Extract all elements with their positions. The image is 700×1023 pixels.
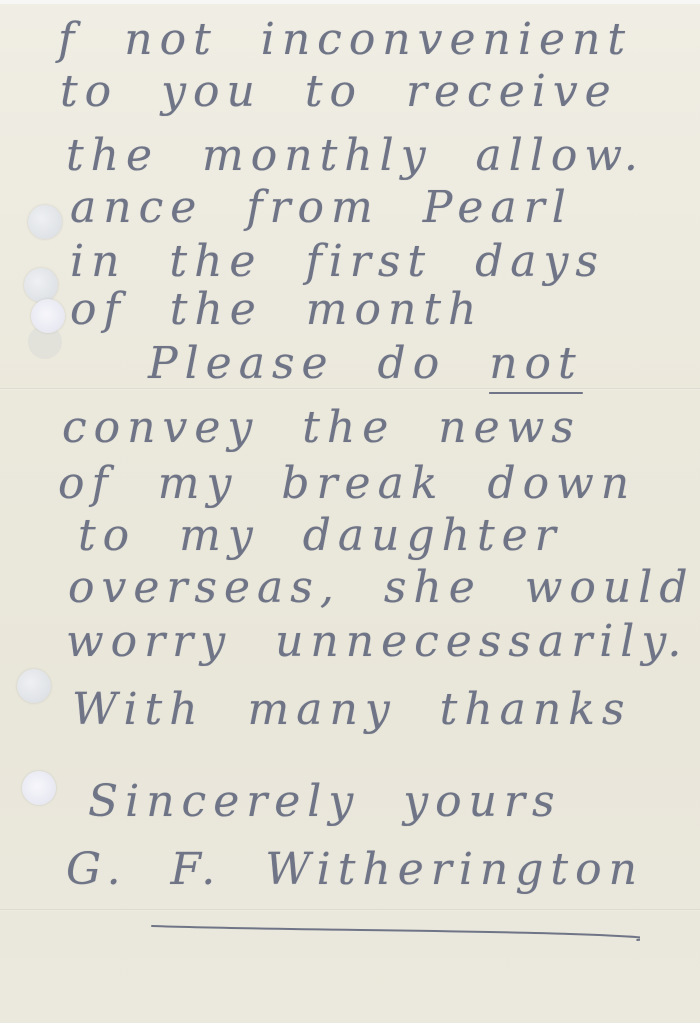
paper-fold-line [0, 909, 700, 911]
punch-hole [17, 669, 51, 703]
valediction: Sincerely yours [88, 780, 562, 824]
letter-text: Please do [148, 338, 489, 389]
punch-hole [22, 771, 56, 805]
signature: G. F. Witherington [66, 848, 644, 892]
letter-line: ance from Pearl [70, 186, 573, 230]
letter-line: worry unnecessarily. [66, 620, 688, 664]
letter-line: Please do not [148, 342, 583, 386]
underlined-word: not [489, 338, 583, 389]
letter-line: of the month [70, 288, 483, 332]
letter-line: in the first days [70, 240, 605, 284]
letter-line: to you to receive [60, 70, 618, 114]
letter-line: to my daughter [78, 514, 563, 558]
letter-line: f not inconvenient [58, 18, 632, 62]
closing-line: With many thanks [72, 688, 632, 732]
punch-hole [31, 299, 65, 333]
paper-top-edge [0, 0, 700, 4]
letter-page: f not inconvenient to you to receive the… [0, 0, 700, 1023]
letter-line: convey the news [62, 406, 581, 450]
punch-hole [28, 205, 62, 239]
letter-line: of my break down [58, 462, 636, 506]
letter-line: overseas, she would [68, 566, 695, 610]
letter-line: the monthly allow. [66, 134, 645, 178]
signature-underline [150, 920, 640, 942]
punch-hole [24, 268, 58, 302]
